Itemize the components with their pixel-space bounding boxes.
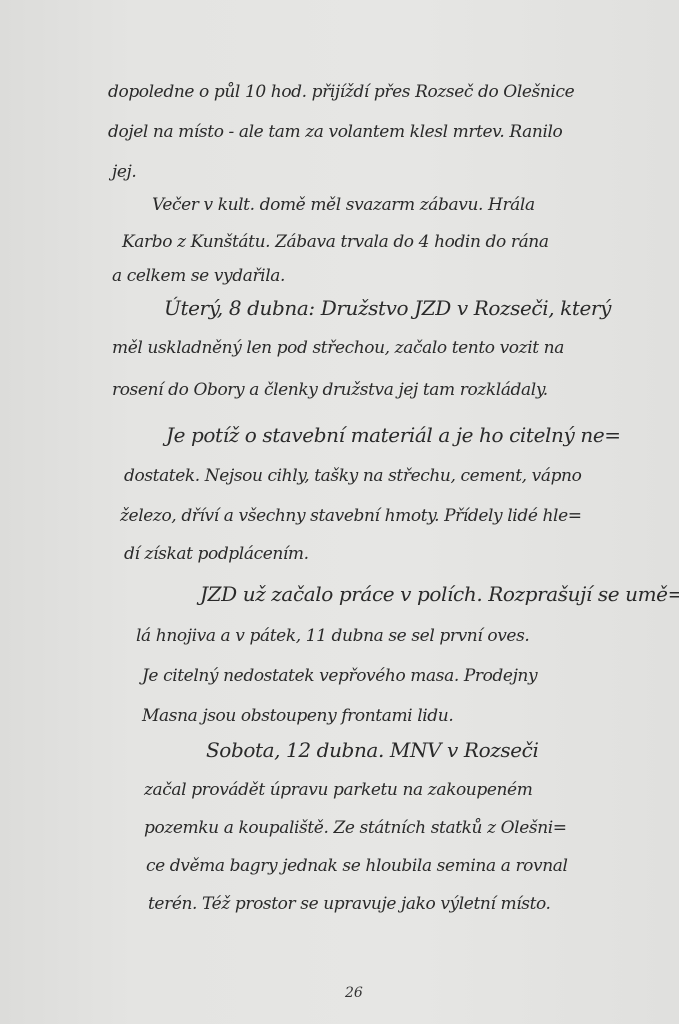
text-line: dopoledne o půl 10 hod. přijíždí přes Ro… — [108, 82, 574, 102]
text-line: dostatek. Nejsou cihly, tašky na střechu… — [124, 466, 581, 486]
text-line: železo, dříví a všechny stavební hmoty. … — [120, 506, 582, 526]
text-line: měl uskladněný len pod střechou, začalo … — [112, 338, 564, 358]
text-line: dojel na místo - ale tam za volantem kle… — [108, 122, 562, 142]
text-line: JZD už začalo práce v polích. Rozprašují… — [200, 584, 679, 604]
text-line: ce dvěma bagry jednak se hloubila semina… — [146, 856, 568, 876]
text-line: Masna jsou obstoupeny frontami lidu. — [142, 706, 453, 726]
text-line: začal provádět úpravu parketu na zakoupe… — [144, 780, 532, 800]
text-line: dí získat podplácením. — [124, 544, 309, 564]
text-line: jej. — [112, 162, 136, 182]
text-line: lá hnojiva a v pátek, 11 dubna se sel pr… — [136, 626, 529, 646]
text-line: Je citelný nedostatek vepřového masa. Pr… — [142, 666, 537, 686]
text-line: a celkem se vydařila. — [112, 266, 285, 286]
text-line: Večer v kult. domě měl svazarm zábavu. H… — [152, 195, 535, 215]
text-line: Je potíž o stavební materiál a je ho cit… — [166, 425, 621, 445]
date-heading-tuesday: Úterý, 8 dubna: Družstvo JZD v Rozseči, … — [164, 298, 611, 318]
text-line: terén. Též prostor se upravuje jako výle… — [148, 894, 551, 914]
date-heading-saturday: Sobota, 12 dubna. MNV v Rozseči — [206, 740, 538, 760]
text-line: Karbo z Kunštátu. Zábava trvala do 4 hod… — [122, 232, 549, 252]
text-line: pozemku a koupaliště. Ze státních statků… — [144, 818, 567, 838]
text-line: rosení do Obory a členky družstva jej ta… — [112, 380, 548, 400]
scanned-page: dopoledne o půl 10 hod. přijíždí přes Ro… — [0, 0, 679, 1024]
page-number: 26 — [345, 985, 363, 1001]
